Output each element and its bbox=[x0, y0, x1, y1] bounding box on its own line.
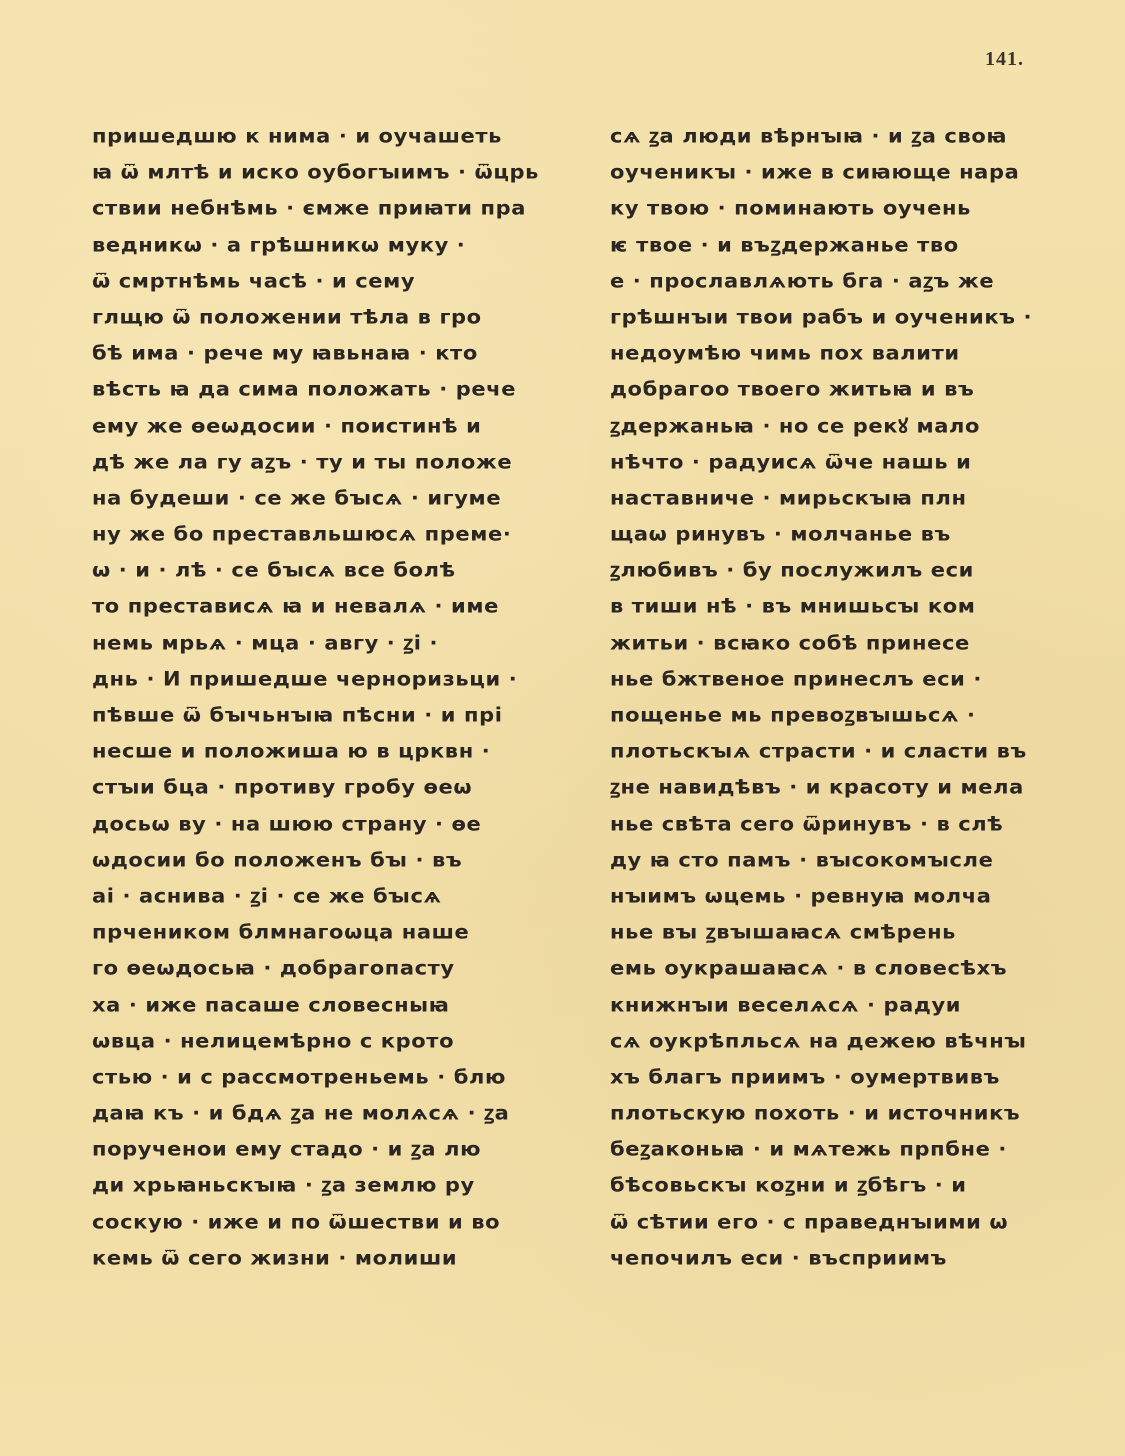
text-line: плотьскую похоть · и источникъ bbox=[610, 1097, 1095, 1130]
text-line: го ѳеѡдосьꙗ · добрагопасту bbox=[92, 952, 572, 985]
text-line: ну же бо преставльшюсѧ преме· bbox=[92, 518, 572, 551]
text-line: ду ꙗ сто памъ · вꙑсокомꙑсле bbox=[610, 843, 1095, 876]
text-line: ѥ твое · и въꙁдержанье тво bbox=[610, 228, 1095, 261]
text-line: чепочилъ еси · въсприимъ bbox=[610, 1241, 1095, 1274]
text-line: е · прославлѧють бга · аꙁъ же bbox=[610, 264, 1095, 297]
text-line: щаѡ ринувъ · молчанье въ bbox=[610, 518, 1095, 551]
text-line: бѣ има · рече му ꙗвьнаꙗ · кто bbox=[92, 337, 572, 370]
text-line: пощенье мь превоꙁвꙑшьсѧ · bbox=[610, 698, 1095, 731]
text-line: ему же ѳеѡдосии · поистинѣ и bbox=[92, 409, 572, 442]
text-line: беꙁаконьꙗ · и мѧтежь прпбне · bbox=[610, 1133, 1095, 1166]
text-line: аі · аснива · ꙁі · се же бꙑсѧ bbox=[92, 879, 572, 912]
text-line: несше и положиша ю в црквн · bbox=[92, 735, 572, 768]
text-line: кемь ѿ сего жизни · молиши bbox=[92, 1241, 572, 1274]
page-number: 141. bbox=[985, 48, 1024, 71]
text-line: ди хрьꙗньскꙑꙗ · ꙁа землю ру bbox=[92, 1169, 572, 1202]
text-line: житьи · всꙗко собѣ принесе bbox=[610, 626, 1095, 659]
text-line: ꙁдержаньꙗ · но се рекꙋ мало bbox=[610, 409, 1095, 442]
text-line: ѿ смртнѣмь часѣ · и сему bbox=[92, 264, 572, 297]
manuscript-page: 141. пришедшю к нима · и оучашеть ꙗ ѿ мл… bbox=[0, 0, 1125, 1456]
text-line: ꙁлюбивъ · бу послужилъ еси bbox=[610, 554, 1095, 587]
text-line: ꙗ ѿ млтѣ и иско оубогꙑимъ · ѿцрь bbox=[92, 156, 572, 189]
text-line: немь мрьѧ · мца · авгу · ꙁі · bbox=[92, 626, 572, 659]
text-line: пришедшю к нима · и оучашеть bbox=[92, 119, 572, 152]
text-line: вѣсть ꙗ да сима положать · рече bbox=[92, 373, 572, 406]
text-line: ꙁне навидѣвъ · и красоту и мела bbox=[610, 771, 1095, 804]
text-line: ѡдосии бо положенъ бꙑ · въ bbox=[92, 843, 572, 876]
text-line: нꙑимъ ѡцемь · ревнуꙗ молча bbox=[610, 879, 1095, 912]
text-line: плотьскꙑѧ страсти · и сласти въ bbox=[610, 735, 1095, 768]
text-line: наставниче · мирьскꙑꙗ плн bbox=[610, 481, 1095, 514]
text-line: дѣ же ла гу аꙁъ · ту и ты положе bbox=[92, 445, 572, 478]
text-line: недоумѣю чимь пох валити bbox=[610, 337, 1095, 370]
text-line: нье свѣта сего ѿринувъ · в слѣ bbox=[610, 807, 1095, 840]
text-line: ствии небнѣмь · ємже приꙗти пра bbox=[92, 192, 572, 225]
text-line: сѧ оукрѣпльсѧ на дежею вѣчнꙑ bbox=[610, 1024, 1095, 1057]
text-line: ку твою · поминають оучень bbox=[610, 192, 1095, 225]
text-line: ѿ сѣтии его · с праведнꙑими ѡ bbox=[610, 1205, 1095, 1238]
text-line: днь · И пришедше черноризьци · bbox=[92, 662, 572, 695]
text-line: нье вꙑ ꙁвꙑшаꙗсѧ смѣрень bbox=[610, 916, 1095, 949]
text-line: емь оукрашаꙗсѧ · в словесѣхъ bbox=[610, 952, 1095, 985]
text-line: порученои ему стадо · и ꙁа лю bbox=[92, 1133, 572, 1166]
text-line: стью · и с рассмотреньемь · блю bbox=[92, 1060, 572, 1093]
text-line: бѣсовьскꙑ коꙁни и ꙁбѣгъ · и bbox=[610, 1169, 1095, 1202]
text-line: стꙑи бца · противу гробу ѳеѡ bbox=[92, 771, 572, 804]
text-line: книжнꙑи веселѧсѧ · радуи bbox=[610, 988, 1095, 1021]
text-line: ѡвца · нелицемѣрно с крото bbox=[92, 1024, 572, 1057]
text-line: добрагоо твоего житьꙗ и въ bbox=[610, 373, 1095, 406]
text-line: сѧ ꙁа люди вѣрнꙑꙗ · и ꙁа своꙗ bbox=[610, 119, 1095, 152]
right-text-column: сѧ ꙁа люди вѣрнꙑꙗ · и ꙁа своꙗ оученикꙑ ·… bbox=[610, 118, 1095, 1276]
text-line: прчеником блмнагоѡца наше bbox=[92, 916, 572, 949]
text-line: нѣчто · радуисѧ ѿче нашь и bbox=[610, 445, 1095, 478]
left-text-column: пришедшю к нима · и оучашеть ꙗ ѿ млтѣ и … bbox=[92, 118, 572, 1276]
text-line: ѡ · и · лѣ · се бꙑсѧ все болѣ bbox=[92, 554, 572, 587]
text-line: ведникѡ · а грѣшникѡ муку · bbox=[92, 228, 572, 261]
text-line: досьѡ ву · на шюю страну · ѳе bbox=[92, 807, 572, 840]
text-line: хъ благъ приимъ · оумертвивъ bbox=[610, 1060, 1095, 1093]
text-line: даꙗ къ · и бдѧ ꙁа не молѧсѧ · ꙁа bbox=[92, 1097, 572, 1130]
text-line: глщю ѿ положении тѣла в гро bbox=[92, 300, 572, 333]
text-line: в тиши нѣ · въ мнишьсꙑ ком bbox=[610, 590, 1095, 623]
text-line: на будеши · се же бꙑсѧ · игуме bbox=[92, 481, 572, 514]
text-line: пѣвше ѿ бꙑчьнꙑꙗ пѣсни · и прі bbox=[92, 698, 572, 731]
text-line: нье бжтвеное принеслъ еси · bbox=[610, 662, 1095, 695]
text-line: ха · иже пасаше словесныꙗ bbox=[92, 988, 572, 1021]
text-line: оученикꙑ · иже в сиꙗюще нара bbox=[610, 156, 1095, 189]
text-line: соскую · иже и по ѿшестви и во bbox=[92, 1205, 572, 1238]
text-line: грѣшнꙑи твои рабъ и оученикъ · bbox=[610, 300, 1095, 333]
text-line: то престависѧ ꙗ и невалѧ · име bbox=[92, 590, 572, 623]
